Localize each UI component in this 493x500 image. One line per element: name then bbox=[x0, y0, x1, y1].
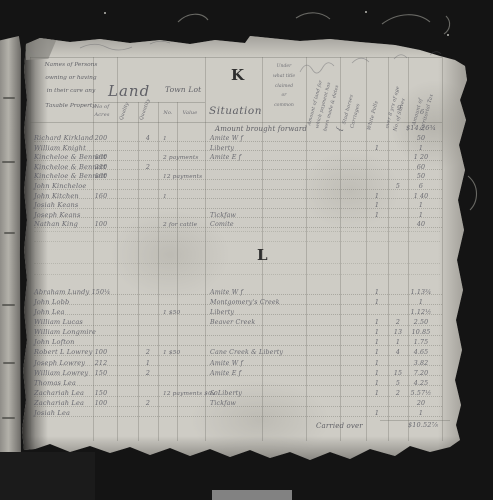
polls-value: 1 bbox=[366, 212, 388, 219]
taxpayer-name: John Lofton bbox=[34, 338, 110, 346]
tax-amount: 50 bbox=[404, 135, 438, 142]
tax-amount: 1.75 bbox=[404, 339, 438, 346]
ledger-row: Kincheloe & Bennett 210 2 60 bbox=[0, 162, 493, 172]
section-k: Richard Kirkland 200 4 1 Amite W f 50 Wi… bbox=[0, 133, 493, 229]
ledger-row: Richard Kirkland 200 4 1 Amite W f 50 bbox=[0, 133, 493, 143]
ledger-row: Josiah Keans 1 1 bbox=[0, 200, 493, 210]
situation-value: Amite W f bbox=[210, 135, 302, 142]
polls-value: 1 bbox=[366, 329, 388, 336]
ledger-row: John Lobb Montgomery's Creek 1 1 bbox=[0, 296, 493, 306]
land-quantity-value: 2 bbox=[138, 370, 158, 377]
lot-value: 1 $50 bbox=[163, 310, 211, 316]
polls-value: 1 bbox=[366, 319, 388, 326]
brought-forward-amount: $14.26¾ bbox=[404, 124, 438, 132]
situation-value: Amite E f bbox=[210, 154, 302, 161]
header-line: Names of Persons bbox=[34, 59, 108, 72]
acres-value: 150¼ bbox=[88, 289, 114, 296]
polls-value: 1 bbox=[366, 193, 388, 200]
tax-amount: 5.57½ bbox=[404, 390, 438, 397]
acres-value: 160 bbox=[88, 154, 114, 161]
ledger-row: William Longmire 1 13 10.85 bbox=[0, 327, 493, 337]
paper-top-fold bbox=[0, 30, 493, 58]
polls-value: 1 bbox=[366, 202, 388, 209]
shadow-patch bbox=[0, 452, 95, 500]
tax-amount: 1 bbox=[404, 299, 438, 306]
carried-over-label: Carried over bbox=[316, 422, 363, 430]
polls-value: 1 bbox=[366, 390, 388, 397]
tax-amount: 50 bbox=[404, 173, 438, 180]
ledger-row: Zachariah Lea 100 2 Tickfaw 20 bbox=[0, 398, 493, 408]
lot-value-header: Value bbox=[178, 110, 202, 116]
land-quantity-value: 2 bbox=[138, 400, 158, 407]
ledger-row: William Lowrey 150 2 Amite E f 1 15 7.20 bbox=[0, 367, 493, 377]
situation-value: Liberty bbox=[210, 145, 302, 152]
tax-amount: 20 bbox=[404, 400, 438, 407]
lint-speck bbox=[365, 11, 367, 13]
acres-value: 160 bbox=[88, 173, 114, 180]
situation-value: Amite W f bbox=[210, 360, 302, 367]
acres-value: 100 bbox=[88, 221, 114, 228]
acres-value: 212 bbox=[88, 360, 114, 367]
tax-amount: 1 bbox=[404, 145, 438, 152]
land-quantity-value: 1 bbox=[138, 360, 158, 367]
acres-value: 160 bbox=[88, 193, 114, 200]
header-line: or bbox=[262, 91, 306, 101]
ledger-row: Josiah Lea 1 1 bbox=[0, 408, 493, 418]
header-line: Under bbox=[262, 62, 306, 72]
scanner-tab bbox=[212, 490, 292, 500]
tax-amount: 4.65 bbox=[404, 349, 438, 356]
acres-value: 100 bbox=[88, 400, 114, 407]
land-quantity-value: 2 bbox=[138, 164, 158, 171]
tax-amount: 6 bbox=[404, 183, 438, 190]
lot-no-header: No. bbox=[160, 110, 176, 116]
tax-amount: 10.85 bbox=[404, 329, 438, 336]
lint-speck bbox=[447, 34, 449, 36]
polls-value: 1 bbox=[366, 349, 388, 356]
situation-value: Amite E f bbox=[210, 370, 302, 377]
lot-value: 1 bbox=[163, 136, 211, 142]
situation-value: Amite W f bbox=[210, 289, 302, 296]
header-line: claimed bbox=[262, 82, 306, 92]
ledger-row: John Kincheloe 5 6 bbox=[0, 181, 493, 191]
pencil-figure: 9 bbox=[397, 104, 401, 112]
pencil-figure: 6 bbox=[420, 108, 424, 116]
ledger-row: Kincheloe & Bennett 160 12 payments 50 bbox=[0, 171, 493, 181]
tax-amount: 1 20 bbox=[404, 154, 438, 161]
polls-value: 1 bbox=[366, 410, 388, 417]
polls-value: 1 bbox=[366, 380, 388, 387]
lot-value: 12 payments $0.0 bbox=[163, 391, 211, 397]
ledger-row: William Knight Liberty 1 1 bbox=[0, 143, 493, 153]
header-line: in their care any bbox=[34, 85, 108, 98]
situation-header: Situation bbox=[209, 105, 262, 117]
ledger-row: John Lea 1 $50 Liberty 1.12½ bbox=[0, 306, 493, 316]
polls-value: 1 bbox=[366, 339, 388, 346]
land-quantity-value: 2 bbox=[138, 349, 158, 356]
polls-value: 1 bbox=[366, 370, 388, 377]
polls-value: 1 bbox=[366, 289, 388, 296]
situation-value: Montgomery's Creek bbox=[210, 299, 302, 306]
tax-amount: 40 bbox=[404, 221, 438, 228]
tax-amount: 1 bbox=[404, 212, 438, 219]
ledger-row: Thomas Lea 1 5 4.25 bbox=[0, 377, 493, 387]
taxpayer-name: John Lea bbox=[34, 308, 110, 316]
situation-value: Tickfaw bbox=[210, 212, 302, 219]
tax-amount: 2.50 bbox=[404, 319, 438, 326]
tax-amount: 1 40 bbox=[404, 193, 438, 200]
ledger-row: Kincheloe & Bennett 160 2 payments Amite… bbox=[0, 152, 493, 162]
header-line: common bbox=[262, 101, 306, 111]
ledger-row: Joseph Lowrey 212 1 Amite W f 1 3.82 bbox=[0, 357, 493, 367]
polls-value: 1 bbox=[366, 145, 388, 152]
margin-mark bbox=[4, 232, 15, 234]
taxpayer-name: Joseph Keans bbox=[34, 211, 110, 219]
situation-value: Liberty bbox=[210, 309, 302, 316]
carried-over-amount: $10.52⅞ bbox=[402, 421, 444, 429]
acres-header: No of bbox=[90, 104, 114, 110]
ledger-row: John Kitchen 160 1 1 1 40 bbox=[0, 191, 493, 201]
header-line: owning or having bbox=[34, 72, 108, 85]
taxpayer-name: John Lobb bbox=[34, 298, 110, 306]
situation-value: & Liberty bbox=[210, 390, 302, 397]
tax-amount: 1.13¾ bbox=[404, 289, 438, 296]
polls-value: 1 bbox=[366, 360, 388, 367]
acres-value: 210 bbox=[88, 164, 114, 171]
taxpayer-name: William Longmire bbox=[34, 328, 110, 336]
taxpayer-name: Josiah Lea bbox=[34, 409, 110, 417]
brought-forward-label: Amount brought forward bbox=[215, 125, 307, 133]
ledger-row: Robert L Lowrey 100 2 1 $50 Cane Creek &… bbox=[0, 347, 493, 357]
title-column-header: Under what title claimed or common bbox=[262, 62, 306, 111]
lot-value: 1 bbox=[163, 194, 211, 200]
taxpayer-name: John Kincheloe bbox=[34, 182, 110, 190]
taxpayer-name: Thomas Lea bbox=[34, 379, 110, 387]
ledger-row: Nathan King 100 2 for cattle Comite 40 bbox=[0, 219, 493, 229]
photo-stage: Names of Persons owning or having in the… bbox=[0, 0, 493, 500]
acres-header: Acres bbox=[90, 112, 114, 118]
lint-speck bbox=[104, 12, 106, 14]
tax-amount: 1.12½ bbox=[404, 309, 438, 316]
situation-value: Tickfaw bbox=[210, 400, 302, 407]
lot-value: 1 $50 bbox=[163, 350, 211, 356]
acres-value: 150 bbox=[88, 370, 114, 377]
town-lot-header: Town Lot bbox=[165, 85, 201, 94]
tax-amount: 1 bbox=[404, 410, 438, 417]
situation-value: Cane Creek & Liberty bbox=[210, 349, 302, 356]
tax-amount: 60 bbox=[404, 164, 438, 171]
ledger-row: William Lucas Beaver Creek 1 2 2.50 bbox=[0, 316, 493, 326]
land-column-header: Land bbox=[108, 82, 150, 100]
situation-value: Beaver Creek bbox=[210, 319, 302, 326]
taxpayer-name: William Lucas bbox=[34, 318, 110, 326]
lot-value: 12 payments bbox=[163, 174, 211, 180]
tax-amount: 4.25 bbox=[404, 380, 438, 387]
margin-mark bbox=[3, 97, 15, 99]
lot-value: 2 payments bbox=[163, 155, 211, 161]
ledger-row: Abraham Lundy 150¼ Amite W f 1 1.13¾ bbox=[0, 286, 493, 296]
acres-value: 150 bbox=[88, 390, 114, 397]
acres-value: 100 bbox=[88, 349, 114, 356]
ledger-row: Joseph Keans Tickfaw 1 1 bbox=[0, 210, 493, 220]
ledger-row: John Lofton 1 1 1.75 bbox=[0, 337, 493, 347]
taxpayer-name: William Knight bbox=[34, 144, 110, 152]
tax-amount: 3.82 bbox=[404, 360, 438, 367]
header-line: what title bbox=[262, 72, 306, 82]
tax-amount: 1 bbox=[404, 202, 438, 209]
section-letter-l: L bbox=[257, 246, 268, 264]
section-l: Abraham Lundy 150¼ Amite W f 1 1.13¾ Joh… bbox=[0, 286, 493, 418]
tax-amount: 7.20 bbox=[404, 370, 438, 377]
polls-value: 1 bbox=[366, 299, 388, 306]
lot-value: 2 for cattle bbox=[163, 222, 211, 228]
taxpayer-name: Josiah Keans bbox=[34, 201, 110, 209]
ledger-row: Zachariah Lea 150 12 payments $0.0 & Lib… bbox=[0, 387, 493, 397]
acres-value: 200 bbox=[88, 135, 114, 142]
section-letter-k: K bbox=[231, 66, 244, 84]
land-quantity-value: 4 bbox=[138, 135, 158, 142]
situation-value: Comite bbox=[210, 221, 302, 228]
